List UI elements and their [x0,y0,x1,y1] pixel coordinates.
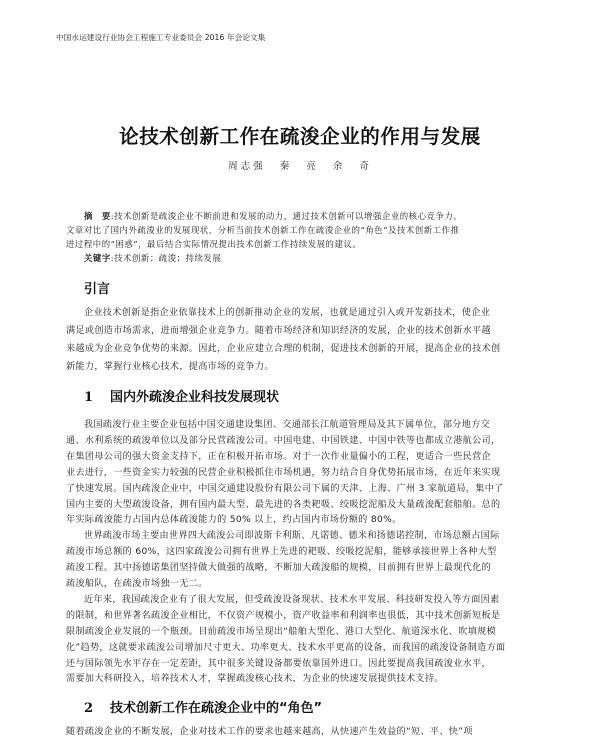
author: 亮 [306,161,319,172]
paragraph-line: 还与国际领先水平存在一定差距，其中很多关键设备都要依靠国外进口。因此要提高我国疏… [66,656,552,669]
author: 秦 [280,161,293,172]
paragraph-line: 通、水利系统的疏浚单位以及部分民营疏浚公司。中国电建、中国铁建、中国中铁等也都成… [66,433,552,446]
author-list: 周志强 秦 亮 余 奇 [0,158,600,172]
section-title: 技术创新工作在疏浚企业中的“角色” [110,701,322,716]
paragraph-line: 化”趋势，这就要求疏浚公司增加尺寸更大、功率更大、技术水平更高的设备，而我国的疏… [66,640,552,653]
section-heading-intro: 引言 [84,278,110,297]
abstract-text: :技术创新是疏浚企业不断前进和发展的动力，通过技术创新可以增强企业的核心竞争力。 [111,211,462,221]
paragraph-line: 来越成为企业竞争优势的来源。因此，企业应建立合理的机制，促进技术创新的开展，提高… [66,341,552,354]
paragraph-line: 年实际疏浚能力占国内总体疏浚能力的 50% 以上，约占国内市场份额的 80%。 [66,512,552,525]
paragraph-line: 国内主要的大型疏浚设备，拥有国内最大型、最先进的各类耙吸、绞吸挖泥船及大量疏浚配… [66,497,552,510]
paragraph-line: 限制疏浚企业发展的一个瓶颈。目前疏浚市场呈现出“船舶大型化、港口大型化、航道深水… [66,624,552,637]
abstract-label: 摘 要 [84,211,111,221]
paragraph-line: 了快速发展。国内疏浚企业中，中国交通建设股份有限公司下属的天津、上海、广州 3 … [66,481,552,494]
abstract-line: 进过程中的“困惑”，最后结合实际情况提出技术创新工作持续发展的建议。 [66,238,550,250]
paragraph-line: 需要加大科研投入，培养技术人才，掌握疏浚核心技术，为企业的快速发展提供技术支持。 [66,671,552,684]
author: 余 [333,161,346,172]
paragraph-line: 企业技术创新是指企业依靠技术上的创新推动企业的发展，也就是通过引入或开发新技术，… [66,305,570,318]
abstract-line: 文章对比了国内外疏浚业的发展现状，分析当前技术创新工作在疏浚企业的“角色”及技术… [66,224,550,236]
paragraph-line: 近年来，我国疏浚企业有了很大发展，但受疏浚设备现状、技术水平发展、科技研发投入等… [66,592,570,605]
paragraph-line: 疏浚船队，在疏浚市场独一无二。 [66,576,552,589]
section-number: 1 [84,390,110,405]
keywords-text: :技术创新；疏浚；持续发展 [111,253,221,263]
paragraph-line: 新能力，掌握行业核心技术，提高市场的竞争力。 [66,359,552,372]
paragraph-line: 的限制，和世界著名疏浚企业相比，不仅资产规模小，资产收益率和利润率也很低，其中技… [66,608,552,621]
paragraph-line: 疏浚工程。其中扬德诺集团坚持做大做强的战略，不断加大疏浚船的规模，目前拥有世界上… [66,560,552,573]
section-number: 2 [84,701,110,716]
section-title: 国内外疏浚企业科技发展现状 [110,390,279,405]
paragraph-line: 我国疏浚行业主要企业包括中国交通建设集团、交通部长江航道管理局及其下属单位，部分… [66,417,570,430]
section-heading-2-title: 2技术创新工作在疏浚企业中的“角色” [84,697,322,716]
keywords-line: 关键字:技术创新；疏浚；持续发展 [66,252,568,264]
author: 周志强 [228,161,266,172]
abstract-line: 摘 要:技术创新是疏浚企业不断前进和发展的动力，通过技术创新可以增强企业的核心竞… [66,210,568,222]
author: 奇 [359,161,372,172]
keywords-label: 关键字 [84,253,111,263]
paper-title: 论技术创新工作在疏浚企业的作用与发展 [0,121,600,149]
paragraph-line: 在集团母公司的强大资金支持下，正在积极开拓市场。对于一次作业量偏小的工程，更适合… [66,449,552,462]
running-header: 中国水运建设行业协会工程施工专业委员会 2016 年会论文集 [56,32,265,43]
paragraph-line: 业去进行，一些资金实力较强的民营企业积极抓住市场机遇，努力结合自身优势拓展市场，… [66,465,552,478]
document-page: 中国水运建设行业协会工程施工专业委员会 2016 年会论文集 论技术创新工作在疏… [0,0,600,741]
section-heading-1: 1国内外疏浚企业科技发展现状 [84,386,279,405]
paragraph-line: 随着疏浚企业的不断发展，企业对技术工作的要求也越来越高，从快速产生效益的“短、平… [66,724,552,737]
paragraph-line: 疏浚市场总额的 60%，这四家疏浚公司拥有世界上先进的耙吸、绞吸挖泥船，能够承接… [66,544,552,557]
paragraph-line: 世界疏浚市场主要由世界四大疏浚公司即波斯卡利斯、凡诺德、德米和扬德诺控制，市场总… [66,528,570,541]
paragraph-line: 满足或创造市场需求，进而增强企业竞争力。随着市场经济和知识经济的发展，企业的技术… [66,323,552,336]
